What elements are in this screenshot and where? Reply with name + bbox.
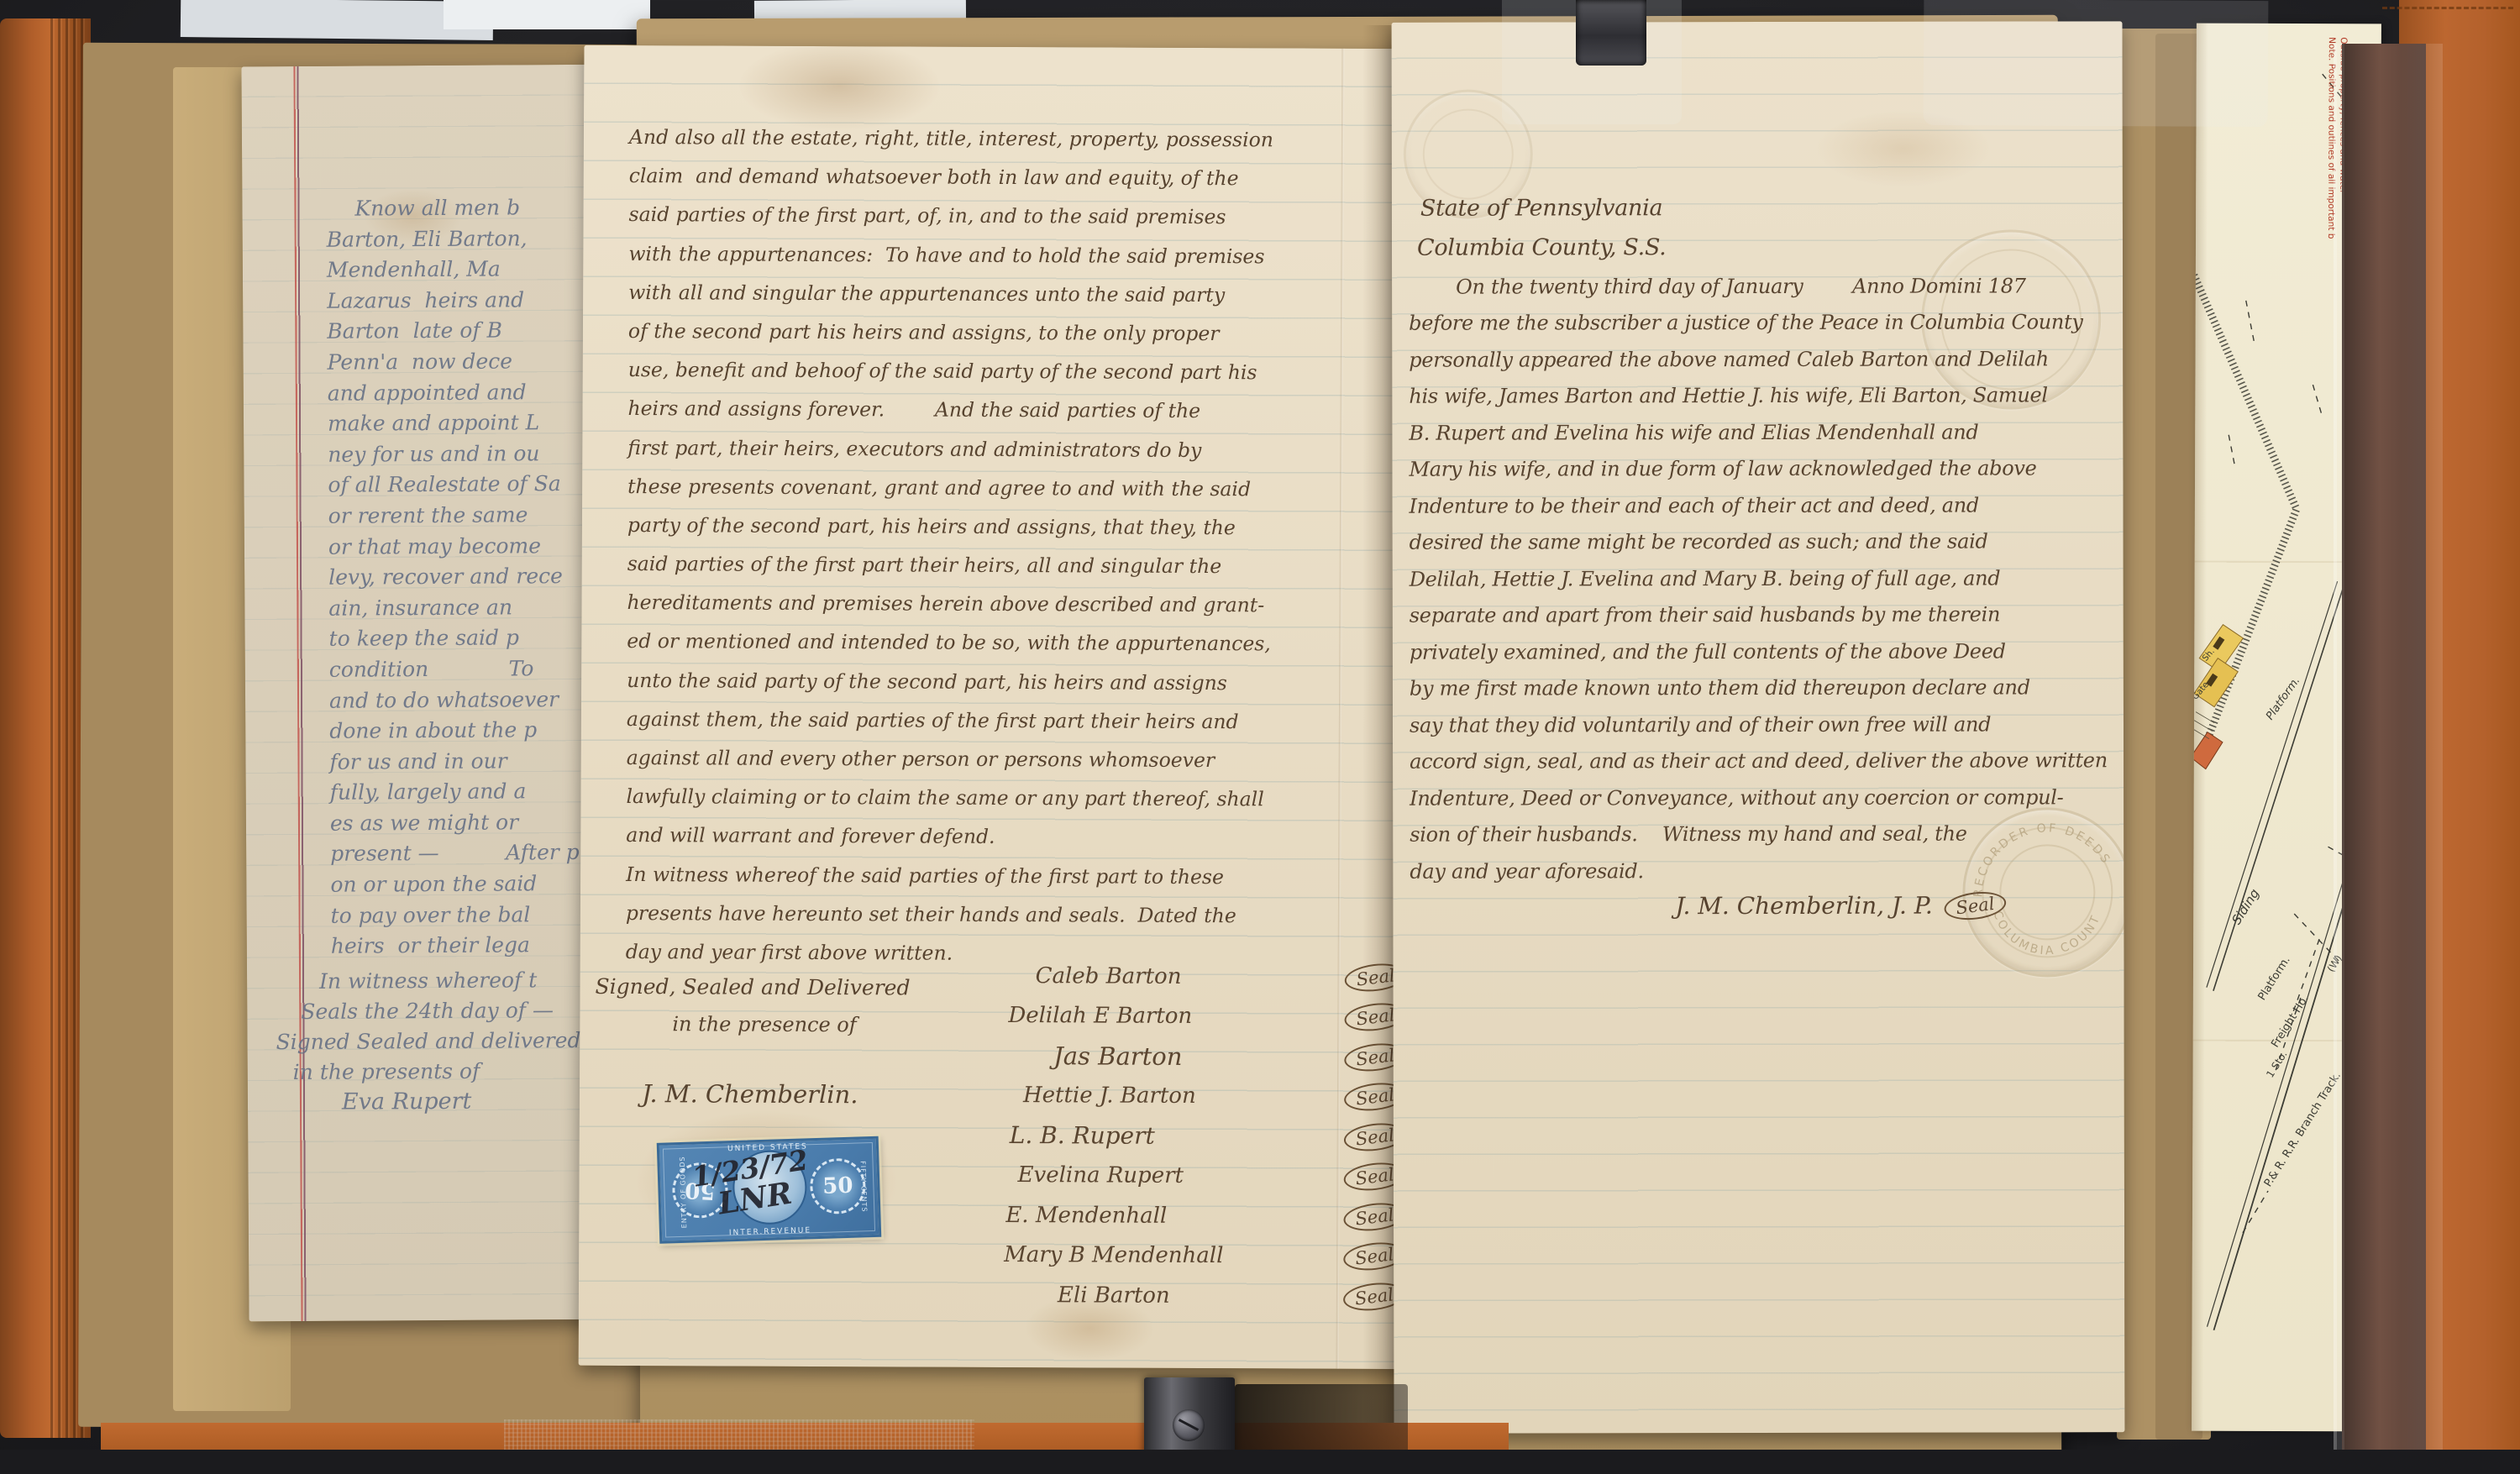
ink-line: say that they did voluntarily and of the… <box>1410 706 2108 744</box>
signature-row: Eli Barton Seal <box>1004 1275 1405 1317</box>
pencil-line: Penn'a now dece <box>327 346 576 378</box>
revenue-stamp: 50 50 UNITED STATES INTER.REVENUE ENTRY … <box>657 1136 882 1244</box>
pencil-line: levy, recover and rece <box>328 561 578 593</box>
pencil-line: Barton late of B <box>327 315 576 347</box>
pencil-line: Lazarus heirs and <box>327 285 576 317</box>
ink-line: by me first made known unto them did the… <box>1410 669 2108 707</box>
ink-line: And also all the estate, right, title, i… <box>629 118 1273 160</box>
ink-line: of the second part his heirs and assigns… <box>628 312 1273 354</box>
binder-clamp <box>1576 0 1646 66</box>
pencil-line: Seals the 24th day of — <box>301 995 580 1027</box>
signature-name: Evelina Rupert <box>1018 1162 1184 1188</box>
binder-cover-left <box>0 18 91 1438</box>
map-note-line1: Note. Positions and outlines of all impo… <box>2326 37 2337 239</box>
ink-line: ed or mentioned and intended to be so, w… <box>627 622 1271 664</box>
pencil-line: In witness whereof t <box>319 965 580 997</box>
ink-line: first part, their heirs, executors and a… <box>627 428 1272 470</box>
handwritten-page-left: Know all men bBarton, Eli Barton,Mendenh… <box>241 65 628 1322</box>
pencil-line: and appointed and <box>328 377 577 409</box>
pencil-line: Barton, Eli Barton, <box>327 223 576 255</box>
signature-name: Delilah E Barton <box>1008 1003 1192 1029</box>
deed-page: And also all the estate, right, title, i… <box>579 45 1436 1369</box>
ink-line: against them, the said parties of the fi… <box>627 700 1271 742</box>
pencil-line: done in about the p <box>329 715 579 747</box>
photographed-deed-book-scene: Know all men bBarton, Eli Barton,Mendenh… <box>0 0 2520 1474</box>
ink-line: said parties of the first part, of, in, … <box>628 195 1273 237</box>
ink-line: desired the same might be recorded as su… <box>1410 523 2108 561</box>
ink-line: before me the subscriber a justice of th… <box>1409 304 2107 342</box>
ink-line: with the appurtenances: To have and to h… <box>628 234 1273 276</box>
signature-name: Caleb Barton <box>1036 963 1182 989</box>
map-label-siding: Siding <box>2229 886 2262 927</box>
leather-stitching <box>2382 7 2513 9</box>
witness-line: in the presence of <box>672 1012 910 1036</box>
pencil-closing-block: In witness whereof tSeals the 24th day o… <box>281 965 581 1118</box>
signature-row: Caleb Barton Seal <box>1005 956 1407 998</box>
signature-name: Hettie J. Barton <box>1023 1083 1196 1109</box>
ink-line: privately examined, and the full content… <box>1410 633 2108 671</box>
table-surface <box>0 1450 2520 1474</box>
pencil-line: on or upon the said <box>330 868 580 900</box>
witness-block: Signed, Sealed and Delivered in the pres… <box>595 974 911 1109</box>
pencil-line: present — After p <box>330 837 580 869</box>
pencil-line: condition To <box>329 653 579 685</box>
white-paper-tab <box>444 0 650 29</box>
signature-name: Jas Barton <box>1053 1041 1182 1071</box>
seal-oval: Seal <box>1943 889 2008 923</box>
ink-line: separate and apart from their said husba… <box>1410 596 2108 634</box>
signature-name: E. Mendenhall <box>1005 1203 1167 1229</box>
plastic-protector-top <box>1924 0 2269 127</box>
map-label-freight-house: Freight Ho. <box>2269 993 2311 1050</box>
pencil-line: heirs or their lega <box>331 930 580 962</box>
signature-row: Evelina Rupert Seal <box>1004 1155 1405 1197</box>
pencil-line: or rerent the same <box>328 500 578 532</box>
ink-line: In witness whereof the said parties of t… <box>626 855 1270 897</box>
ink-line: personally appeared the above named Cale… <box>1409 341 2107 379</box>
witness-signature: J. M. Chemberlin. <box>642 1079 910 1109</box>
map-label-branch-track: P.& R. R.R. Branch Track. <box>2262 1070 2344 1189</box>
map-label-platform-upper: Platform. <box>2264 674 2302 722</box>
ink-line: use, benefit and behoof of the said part… <box>628 350 1273 392</box>
ink-line: State of Pennsylvania <box>1409 189 2107 227</box>
pencil-line: es as we might or <box>330 807 580 839</box>
signature-name: Eli Barton <box>1058 1283 1170 1309</box>
signature-row: Hettie J. Barton Seal <box>1005 1075 1406 1117</box>
signature-row: L. B. Rupert Seal <box>1005 1115 1406 1157</box>
pencil-line: make and appoint L <box>328 407 577 439</box>
signature-name: L. B. Rupert <box>1010 1121 1155 1150</box>
binder-screw <box>1173 1409 1205 1441</box>
signature-row: Delilah E Barton Seal <box>1005 995 1406 1037</box>
ink-line: sion of their husbands. Witness my hand … <box>1410 816 2108 853</box>
signature-row: E. Mendenhall Seal <box>1004 1195 1405 1237</box>
stamp-right-edge-text: FIFTY CENTS <box>858 1161 868 1213</box>
ink-line: with all and singular the appurtenances … <box>628 273 1273 315</box>
ink-line: On the twenty third day of January Anno … <box>1409 268 2107 306</box>
pencil-line: of all Realestate of Sa <box>328 469 577 501</box>
pencil-line: or that may become <box>328 530 578 562</box>
ink-line: unto the said party of the second part, … <box>627 661 1271 703</box>
ink-line: Delilah, Hettie J. Evelina and Mary B. b… <box>1410 560 2108 598</box>
ink-line: and will warrant and forever defend. <box>626 816 1270 858</box>
pencil-line: in the presents of <box>293 1056 581 1088</box>
pencil-line: Signed Sealed and delivered <box>276 1026 580 1057</box>
map-label-platform-lower: Platform. <box>2256 954 2293 1003</box>
pencil-line: Eva Rupert <box>342 1086 581 1118</box>
ink-line: hereditaments and premises herein above … <box>627 583 1271 625</box>
ink-line: Indenture to be their and each of their … <box>1410 487 2108 525</box>
justice-signature: J. M. Chemberlin, J. P. <box>1675 892 1933 921</box>
ink-line: accord sign, seal, and as their act and … <box>1410 742 2108 780</box>
signature-row: Mary B Mendenhall Seal <box>1004 1235 1405 1277</box>
ink-line: said parties of the first part their hei… <box>627 544 1272 586</box>
ink-line: claim and demand whatsoever both in law … <box>629 156 1273 198</box>
pencil-line: to pay over the bal <box>331 900 580 931</box>
signature-list: Caleb Barton Seal Delilah E Barton Seal … <box>1004 956 1407 1317</box>
justice-signature-row: J. M. Chemberlin, J. P. Seal <box>1675 891 2007 920</box>
pencil-line: ain, insurance an <box>328 592 578 624</box>
acknowledgment-page: RECORDER OF DEEDS COLUMBIA COUNTY State … <box>1392 21 2125 1434</box>
ink-line: Columbia County, S.S. <box>1409 226 2107 269</box>
map-label-one-story: 1 Sto. <box>2264 1049 2289 1080</box>
ink-line: Mary his wife, and in due form of law ac… <box>1409 450 2107 488</box>
ink-line: day and year aforesaid. <box>1410 852 2108 890</box>
acknowledgment-text-block: State of PennsylvaniaColumbia County, S.… <box>1409 189 2108 889</box>
ink-line: against all and every other person or pe… <box>627 738 1271 780</box>
pencil-line: ney for us and in ou <box>328 438 577 470</box>
ink-line: presents have hereunto set their hands a… <box>626 894 1270 936</box>
sleeve-backing-board <box>2342 44 2426 1471</box>
ink-line: B. Rupert and Evelina his wife and Elias… <box>1409 414 2107 452</box>
ink-line: heirs and assigns forever. And the said … <box>627 389 1272 431</box>
pencil-line: and to do whatsoever <box>329 684 579 716</box>
ink-line: party of the second part, his heirs and … <box>627 506 1272 548</box>
signature-name: Mary B Mendenhall <box>1004 1242 1223 1268</box>
signature-row: Jas Barton Seal <box>1005 1036 1406 1078</box>
witness-line: Signed, Sealed and Delivered <box>595 974 910 1000</box>
map-building-yellow-gatehouse <box>2194 658 2238 707</box>
pencil-line: Mendenhall, Ma <box>327 254 576 286</box>
pencil-text-block: Know all men bBarton, Eli Barton,Mendenh… <box>326 192 580 963</box>
pencil-line: for us and in our <box>329 746 579 778</box>
pencil-line: to keep the said p <box>328 622 578 654</box>
ink-line: lawfully claiming or to claim the same o… <box>626 777 1270 819</box>
pencil-line: fully, largely and a <box>330 776 580 808</box>
red-margin-line <box>293 66 307 1321</box>
ink-line: these presents covenant, grant and agree… <box>627 467 1272 509</box>
pencil-line: Know all men b <box>326 192 575 224</box>
ink-line: his wife, James Barton and Hettie J. his… <box>1409 377 2107 415</box>
ink-line: Indenture, Deed or Conveyance, without a… <box>1410 779 2108 817</box>
deed-text-block: And also all the estate, right, title, i… <box>626 118 1273 973</box>
